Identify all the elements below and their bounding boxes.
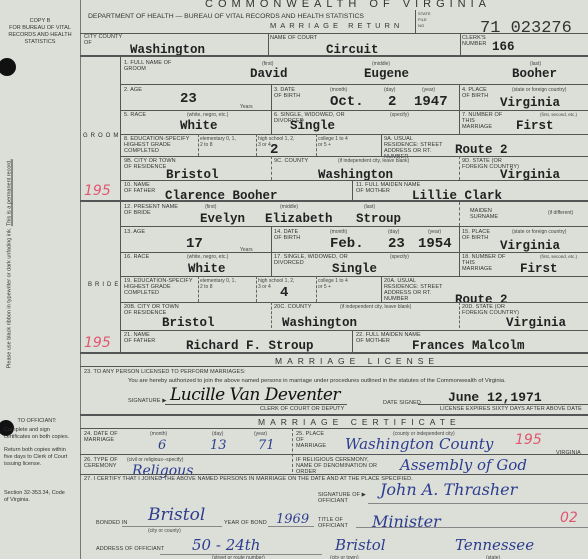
groom-race-label: 5. RACE [124, 112, 146, 118]
bride-street-label: 20a. USUAL RESIDENCE: STREET ADDRESS OR … [384, 278, 448, 302]
date-line [418, 404, 588, 405]
clerk-signature: Lucille Van Deventer [170, 385, 340, 405]
officiant-text-2: Return both copies within five days to C… [4, 447, 70, 468]
bride-marriage-no: First [520, 262, 558, 276]
officiant-state: Tennessee [455, 536, 534, 554]
bride-dob-year: 1954 [418, 236, 452, 252]
divider [80, 55, 588, 57]
denomination-label: IF RELIGIOUS CEREMONY, NAME OF DENOMINAT… [296, 457, 386, 475]
bride-father-label: 21. NAME OF FATHER [124, 332, 158, 344]
permanent-note: This is a permanent record. [7, 159, 13, 226]
divider [80, 428, 588, 429]
divider [120, 110, 588, 111]
officiant-signature: John A. Thrasher [380, 480, 517, 499]
groom-dob-month: Oct. [330, 94, 364, 110]
divider [120, 226, 588, 227]
title-code-annotation: 02 [560, 510, 578, 526]
officiant-address-label: ADDRESS OF OFFICIANT [96, 546, 164, 552]
groom-first-name: David [250, 67, 288, 81]
divider [80, 352, 588, 354]
groom-middle-name: Eugene [364, 67, 409, 81]
officiant-city: Bristol [335, 536, 386, 554]
divider [268, 33, 269, 55]
marriage-place-label: 25. PLACE OF MARRIAGE [296, 431, 332, 449]
officiant-signature-label: SIGNATURE OF ▶ OFFICIANT [318, 492, 366, 504]
groom-birthplace-label: 4. PLACE OF BIRTH [462, 87, 492, 99]
divider [256, 134, 257, 156]
commonwealth-title: COMMONWEALTH OF VIRGINIA [205, 0, 491, 10]
license-instruction: 23. TO ANY PERSON LICENSED TO PERFORM MA… [84, 369, 246, 375]
bond-year: 1969 [276, 512, 309, 527]
groom-father-label: 10. NAME OF FATHER [124, 182, 158, 194]
divider [316, 276, 317, 302]
divider [271, 110, 272, 134]
groom-county-label: 9c. COUNTY [274, 158, 308, 164]
date-signed-label: DATE SIGNED [383, 400, 421, 406]
state-file-label: STATE FILE NO [418, 11, 430, 29]
divider [459, 156, 460, 180]
date-signed: June 12,1971 [448, 390, 542, 405]
bride-dob-month: Feb. [330, 236, 364, 252]
divider [381, 276, 382, 302]
groom-code-annotation: 195 [84, 183, 111, 199]
first-sublabel: (first) [205, 204, 216, 210]
divider [271, 252, 272, 276]
divider [80, 454, 588, 455]
divider [352, 180, 353, 200]
bride-marriage-no-label: 18. NUMBER OF THIS MARRIAGE [462, 254, 506, 272]
place-sublabel: (state or foreign country) [512, 87, 566, 93]
divider [120, 134, 588, 135]
divider [292, 428, 293, 472]
officiant-text-1: Complete and sign certificates on both c… [4, 427, 70, 441]
bride-county-label: 20c. COUNTY [274, 304, 311, 310]
middle-sublabel: (middle) [280, 204, 298, 210]
bride-status: Single [332, 262, 377, 276]
divider [80, 366, 588, 367]
county-sublabel: (if independent city, leave blank) [338, 158, 409, 164]
day-sublabel: (day) [388, 229, 399, 235]
divider [459, 302, 460, 328]
bride-city-label: 20b. CITY OR TOWN OF RESIDENCE [124, 304, 184, 316]
specify-sublabel: (specify) [390, 112, 409, 118]
city-town-sublabel: (city or town) [330, 555, 359, 559]
year-sublabel: (year) [428, 229, 441, 235]
bride-state-label: 20d. STATE (OR FOREIGN COUNTRY) [462, 304, 522, 316]
city-county-sublabel: (city or county) [148, 528, 181, 534]
copy-b-text: COPY B [4, 18, 76, 25]
groom-dob-year: 1947 [414, 94, 448, 110]
denomination: Assembly of God [400, 456, 527, 474]
high-school-sublabel: high school 1, 2, 3 or 4 [258, 278, 298, 290]
divider [80, 474, 588, 475]
copy-label: COPY B FOR BUREAU OF VITAL RECORDS AND H… [4, 18, 76, 46]
marriage-place: Washington County [345, 435, 493, 453]
marriage-month: 6 [158, 438, 166, 453]
last-sublabel: (last) [364, 204, 375, 210]
marriage-year: 71 [258, 438, 275, 453]
maiden-surname-label: MAIDEN SURNAME [470, 208, 506, 220]
clerk-of-court-label: CLERK OF COURT OR DEPUTY [260, 406, 344, 412]
certification-statement: 27. I CERTIFY THAT I JOINED THE ABOVE NA… [84, 476, 413, 482]
month-sublabel: (month) [330, 229, 347, 235]
college-sublabel: college 1 to 4 or 5 + [318, 136, 348, 148]
license-expiry-note: LICENSE EXPIRES SIXTY DAYS AFTER ABOVE D… [440, 406, 582, 412]
bride-last-name: Stroup [356, 212, 401, 226]
certificate-title: MARRIAGE CERTIFICATE [258, 417, 461, 427]
groom-section-label: GROOM [83, 133, 121, 139]
virginia-label: VIRGINIA [556, 450, 581, 456]
bride-birthplace-label: 15. PLACE OF BIRTH [462, 229, 492, 241]
groom-race: White [180, 119, 218, 133]
bonded-in: Bristol [148, 505, 205, 525]
divider [271, 302, 272, 328]
specify-sublabel: (specify) [390, 254, 409, 260]
month-sublabel: (month) [330, 87, 347, 93]
groom-marriage-no: First [516, 119, 554, 133]
divider [120, 57, 121, 200]
bride-state: Virginia [506, 316, 566, 330]
sidebar-divider [80, 0, 81, 559]
signature-line [165, 404, 347, 405]
county-sublabel: (if independent city, leave blank) [340, 304, 411, 310]
month-sublabel: (month) [150, 431, 167, 437]
bride-code-annotation: 195 [84, 335, 111, 351]
elementary-sublabel: elementary 0, 1, 2 to 8 [200, 278, 240, 290]
year-sublabel: (year) [254, 431, 267, 437]
county-label: CITY COUNTY OF [84, 34, 124, 46]
race-sublabel: (white, negro, etc.) [187, 112, 228, 118]
groom-birthplace: Virginia [500, 96, 560, 110]
bond-year-line [268, 526, 314, 527]
court-label: NAME OF COURT [270, 35, 317, 41]
divider [271, 226, 272, 252]
divider [198, 276, 199, 302]
college-sublabel: college 1 to 4 or 5 + [318, 278, 348, 290]
bride-dob-label: 14. DATE OF BIRTH [274, 229, 304, 241]
title-line [356, 527, 588, 528]
bride-county: Washington [282, 316, 357, 330]
signature-line [368, 503, 588, 504]
vertical-instruction: Please use black ribbon in typewriter or… [7, 99, 14, 369]
department-line: DEPARTMENT OF HEALTH — BUREAU OF VITAL R… [88, 13, 364, 20]
clerk-number: 166 [492, 40, 515, 54]
groom-last-name: Booher [512, 67, 557, 81]
number-sublabel: (first, second, etc.) [540, 112, 577, 117]
place-code-annotation: 195 [515, 432, 542, 448]
bride-name-label: 12. PRESENT NAME OF BRIDE [124, 204, 184, 216]
race-sublabel: (white, negro, etc.) [187, 254, 228, 260]
state-sublabel: (state) [486, 555, 500, 559]
groom-dob-day: 2 [388, 94, 396, 110]
elementary-sublabel: elementary 0, 1, 2 to 8 [200, 136, 240, 148]
divider [352, 330, 353, 352]
divider [459, 84, 460, 134]
divider [460, 33, 461, 55]
day-sublabel: (day) [212, 431, 223, 437]
divider [120, 302, 588, 303]
clerk-label: CLERK'S NUMBER [462, 35, 490, 47]
groom-street: Route 2 [455, 143, 508, 157]
number-sublabel: (first, second, etc.) [540, 254, 577, 259]
ceremony-type-label: 26. TYPE OF CEREMONY [84, 457, 124, 469]
bride-birthplace: Virginia [500, 239, 560, 253]
officiant-instructions: TO OFFICIANT: Complete and sign certific… [4, 418, 70, 504]
signature-label: SIGNATURE ▶ [128, 398, 167, 404]
place-sublabel: (state or foreign country) [512, 229, 566, 235]
state-file-number: 71 023276 [480, 19, 572, 38]
bride-mother: Frances Malcolm [412, 339, 525, 353]
groom-marriage-no-label: 7. NUMBER OF THIS MARRIAGE [462, 112, 506, 130]
groom-name-label: 1. FULL NAME OF GROOM [124, 60, 174, 72]
bride-education-label: 19. EDUCATION-SPECIFY HIGHEST GRADE COMP… [124, 278, 196, 296]
form-title: MARRIAGE RETURN [270, 21, 403, 30]
if-different-sublabel: (if different) [548, 210, 573, 216]
divider [80, 200, 588, 202]
officiant-title: TO OFFICIANT: [4, 418, 70, 425]
officiant-address: 50 - 24th [192, 536, 260, 554]
divider [80, 414, 588, 416]
bride-race: White [188, 262, 226, 276]
year-sublabel: (year) [422, 87, 435, 93]
bonded-line [122, 526, 222, 527]
divider [120, 84, 588, 85]
bride-first-name: Evelyn [200, 212, 245, 226]
bride-age-label: 13. AGE [124, 229, 145, 235]
bride-section-label: BRIDE [88, 282, 121, 288]
divider [316, 134, 317, 156]
bride-race-label: 16. RACE [124, 254, 149, 260]
bride-middle-name: Elizabeth [265, 212, 333, 226]
punch-hole-icon [0, 58, 16, 76]
groom-age: 23 [180, 91, 197, 107]
divider [271, 156, 272, 180]
street-sublabel: (street or route number) [212, 555, 265, 559]
bride-age: 17 [186, 236, 203, 252]
code-reference: Section 32-353.34, Code of Virginia. [4, 490, 70, 504]
bride-city: Bristol [162, 316, 215, 330]
groom-education-label: 8. EDUCATION-SPECIFY HIGHEST GRADE COMPL… [124, 136, 196, 154]
divider [120, 252, 588, 253]
officiant-title-label: TITLE OF OFFICIANT [318, 517, 354, 529]
day-sublabel: (day) [384, 87, 395, 93]
divider [381, 134, 382, 156]
copy-desc-text: FOR BUREAU OF VITAL RECORDS AND HEALTH S… [4, 25, 76, 46]
divider [120, 330, 588, 331]
groom-dob-label: 3. DATE OF BIRTH [274, 87, 304, 99]
bride-father: Richard F. Stroup [186, 339, 314, 353]
divider [415, 10, 416, 34]
divider [256, 276, 257, 302]
divider [120, 180, 588, 181]
groom-age-label: 2. AGE [124, 87, 142, 93]
divider [271, 84, 272, 110]
bond-year-label: YEAR OF BOND [224, 520, 267, 526]
divider [120, 276, 588, 277]
divider [459, 202, 460, 226]
marriage-date-label: 24. DATE OF MARRIAGE [84, 431, 124, 443]
license-authorization-text: You are hereby authorized to join the ab… [128, 378, 506, 384]
officiant-title: Minister [372, 512, 441, 531]
bride-dob-day: 23 [388, 236, 405, 252]
ink-note: Please use black ribbon in typewriter or… [7, 228, 13, 369]
divider [459, 226, 460, 276]
marriage-day: 13 [210, 438, 227, 453]
license-title: MARRIAGE LICENSE [275, 356, 439, 366]
divider [80, 33, 588, 34]
bride-high-school: 4 [280, 285, 288, 301]
divider [198, 134, 199, 156]
divider [120, 156, 588, 157]
groom-status: Single [290, 119, 335, 133]
